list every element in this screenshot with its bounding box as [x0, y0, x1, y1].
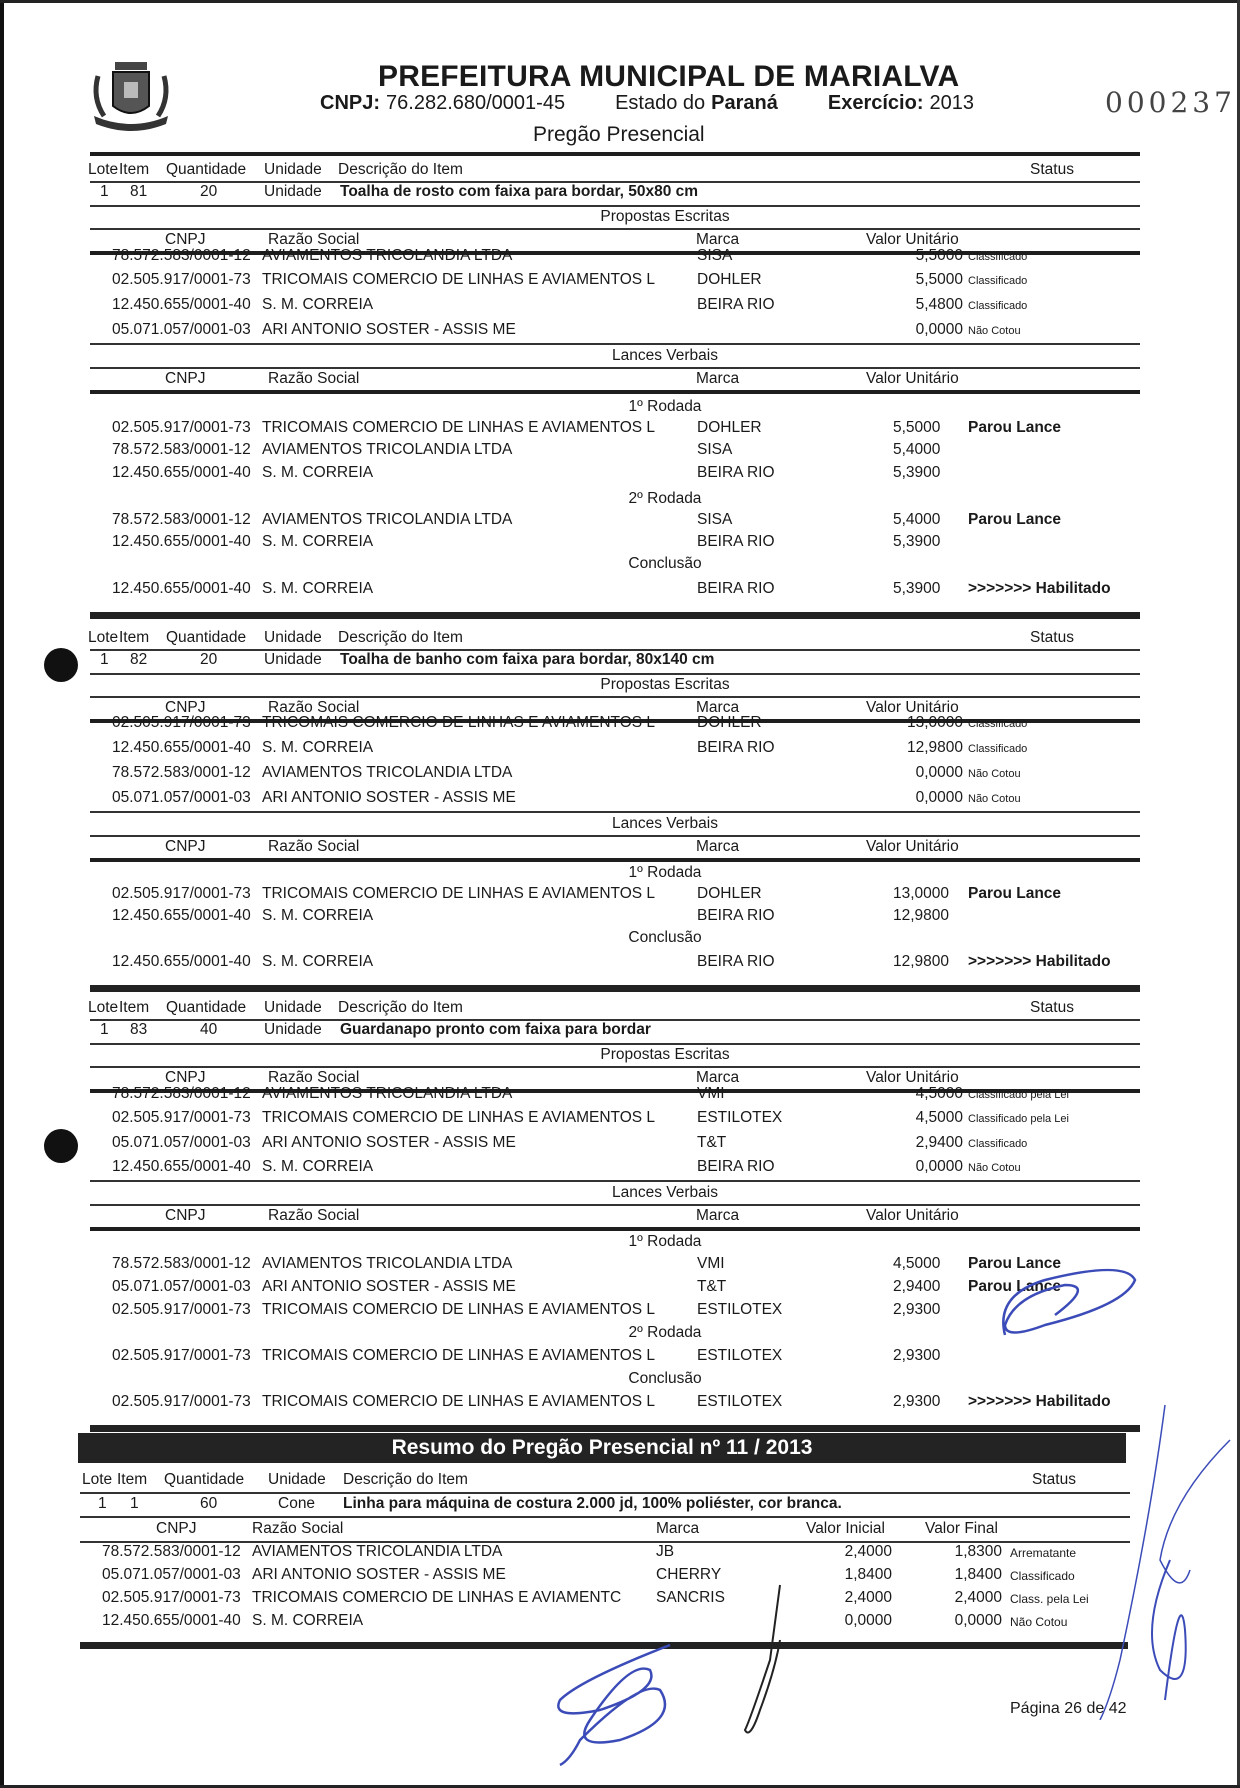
summary-column-header-row: CNPJRazão SocialMarcaValor InicialValor …: [0, 1520, 1240, 1540]
marca-value: DOHLER: [697, 714, 762, 732]
valor-value: 5,4000: [893, 511, 940, 529]
valor-value: 0,0000: [916, 789, 963, 807]
status-value: >>>>>>> Habilitado: [968, 953, 1111, 971]
summary-row: 12.450.655/0001-40S. M. CORREIA0,00000,0…: [0, 1612, 1240, 1632]
razao-social-value: S. M. CORREIA: [262, 739, 373, 757]
valor-value: 4,5000: [916, 1109, 963, 1127]
bid-row: 78.572.583/0001-12AVIAMENTOS TRICOLANDIA…: [0, 764, 1240, 784]
col-item: Item: [119, 999, 149, 1017]
cnpj-value: 78.572.583/0001-12: [112, 247, 251, 265]
rodada1-heading: 1º Rodada: [0, 864, 1240, 884]
rodada1-heading: 1º Rodada: [0, 1233, 1240, 1253]
col-marca: Marca: [696, 1207, 739, 1225]
valor-value: 2,9300: [893, 1393, 940, 1411]
divider: [90, 858, 1140, 862]
cnpj-value: 02.505.917/0001-73: [112, 1301, 251, 1319]
status-value: Não Cotou: [968, 793, 1021, 805]
col-lote: Lote: [82, 1471, 112, 1489]
razao-social-value: AVIAMENTOS TRICOLANDIA LTDA: [262, 1255, 512, 1273]
signature-scribble-icon: [540, 1640, 720, 1770]
protocol-stamp: 000237: [1105, 86, 1236, 119]
valor-final-value: 2,4000: [955, 1589, 1002, 1607]
status-value: Classificado: [968, 743, 1027, 755]
marca-value: CHERRY: [656, 1566, 721, 1584]
cnpj-value: 78.572.583/0001-12: [112, 441, 251, 459]
exercicio-label: Exercício:: [828, 92, 924, 114]
col-status: Status: [1030, 629, 1074, 647]
bid-row: 02.505.917/0001-73TRICOMAIS COMERCIO DE …: [0, 1393, 1240, 1413]
conclusao-heading: Conclusão: [0, 555, 1240, 575]
status-value: Arrematante: [1010, 1546, 1076, 1560]
valor-value: 0,0000: [916, 321, 963, 339]
valor-value: 0,0000: [916, 764, 963, 782]
marca-value: DOHLER: [697, 885, 762, 903]
divider: [90, 835, 1140, 837]
cnpj-value: 02.505.917/0001-73: [112, 714, 251, 732]
column-header-row: CNPJRazão SocialMarcaValor Unitário: [0, 1207, 1240, 1227]
divider: [90, 985, 1140, 992]
valor-inicial-value: 1,8400: [845, 1566, 892, 1584]
cnpj-value: 12.450.655/0001-40: [112, 533, 251, 551]
marca-value: BEIRA RIO: [697, 580, 775, 598]
status-value: Classificado: [968, 718, 1027, 730]
col-item: Item: [119, 161, 149, 179]
status-value: Não Cotou: [1010, 1615, 1067, 1629]
divider: [90, 205, 1140, 207]
item-value: 82: [130, 651, 147, 669]
cnpj-value: 05.071.057/0001-03: [112, 789, 251, 807]
cnpj-value: 78.572.583/0001-12: [102, 1543, 241, 1561]
valor-inicial-value: 2,4000: [845, 1589, 892, 1607]
col-razao-social: Razão Social: [268, 838, 359, 856]
descricao-value: Toalha de banho com faixa para bordar, 8…: [340, 651, 714, 669]
marca-value: ESTILOTEX: [697, 1347, 782, 1365]
item-row: 18220UnidadeToalha de banho com faixa pa…: [0, 651, 1240, 671]
cnpj-value: 02.505.917/0001-73: [112, 419, 251, 437]
bid-row: 02.505.917/0001-73TRICOMAIS COMERCIO DE …: [0, 885, 1240, 905]
cnpj-value: 76.282.680/0001-45: [386, 92, 565, 114]
valor-value: 4,5000: [893, 1255, 940, 1273]
status-value: Não Cotou: [968, 1162, 1021, 1174]
bid-row: 78.572.583/0001-12AVIAMENTOS TRICOLANDIA…: [0, 1085, 1240, 1105]
razao-social-value: S. M. CORREIA: [262, 464, 373, 482]
cnpj-value: 02.505.917/0001-73: [112, 1347, 251, 1365]
razao-social-value: S. M. CORREIA: [262, 907, 373, 925]
valor-value: 5,5000: [916, 271, 963, 289]
divider: [80, 1492, 1130, 1494]
col-cnpj: CNPJ: [165, 838, 205, 856]
valor-value: 12,9800: [907, 739, 963, 757]
valor-final-value: 1,8300: [955, 1543, 1002, 1561]
razao-social-value: TRICOMAIS COMERCIO DE LINHAS E AVIAMENTO…: [262, 714, 655, 732]
marca-value: BEIRA RIO: [697, 907, 775, 925]
unidade-value: Unidade: [264, 1021, 322, 1039]
divider: [90, 1425, 1140, 1432]
cnpj-value: 02.505.917/0001-73: [112, 1109, 251, 1127]
col-lote: Lote: [88, 161, 118, 179]
col-marca: Marca: [696, 838, 739, 856]
cnpj-value: 78.572.583/0001-12: [112, 764, 251, 782]
razao-social-value: ARI ANTONIO SOSTER - ASSIS ME: [262, 321, 516, 339]
razao-social-value: AVIAMENTOS TRICOLANDIA LTDA: [262, 511, 512, 529]
status-value: Classificado pela Lei: [968, 1089, 1069, 1101]
conclusao-heading-label: Conclusão: [0, 929, 1240, 947]
col-unidade: Unidade: [264, 629, 322, 647]
marca-value: T&T: [697, 1134, 726, 1152]
descricao-value: Toalha de rosto com faixa para bordar, 5…: [340, 183, 698, 201]
valor-inicial-value: 2,4000: [845, 1543, 892, 1561]
cnpj-value: 12.450.655/0001-40: [112, 739, 251, 757]
status-value: Não Cotou: [968, 768, 1021, 780]
marca-value: SANCRIS: [656, 1589, 725, 1607]
cnpj-value: 12.450.655/0001-40: [112, 464, 251, 482]
cnpj-value: 78.572.583/0001-12: [112, 1255, 251, 1273]
col-valor-unitario: Valor Unitário: [866, 838, 959, 856]
valor-value: 5,5000: [916, 247, 963, 265]
item-value: 83: [130, 1021, 147, 1039]
divider: [90, 367, 1140, 369]
column-header-row: CNPJRazão SocialMarcaValor Unitário: [0, 838, 1240, 858]
divider: [90, 612, 1140, 619]
col-marca: Marca: [656, 1520, 699, 1538]
bid-row: 02.505.917/0001-73TRICOMAIS COMERCIO DE …: [0, 271, 1240, 291]
column-header-row: CNPJRazão SocialMarcaValor Unitário: [0, 370, 1240, 390]
summary-row: 78.572.583/0001-12AVIAMENTOS TRICOLANDIA…: [0, 1543, 1240, 1563]
signature-stroke-icon: [740, 1580, 790, 1740]
razao-social-value: ARI ANTONIO SOSTER - ASSIS ME: [262, 789, 516, 807]
col-item: Item: [119, 629, 149, 647]
cnpj-value: 12.450.655/0001-40: [112, 907, 251, 925]
cnpj-value: 05.071.057/0001-03: [112, 1278, 251, 1296]
col-unidade: Unidade: [268, 1471, 326, 1489]
marca-value: SISA: [697, 247, 732, 265]
valor-value: 5,4000: [893, 441, 940, 459]
col-quantidade: Quantidade: [166, 999, 246, 1017]
unidade-value: Unidade: [264, 183, 322, 201]
lances-verbais-heading: Lances Verbais: [0, 815, 1240, 835]
marca-value: BEIRA RIO: [697, 953, 775, 971]
item-value: 81: [130, 183, 147, 201]
marca-value: VMI: [697, 1255, 725, 1273]
propostas-escritas-heading: Propostas Escritas: [0, 208, 1240, 228]
col-quantidade: Quantidade: [164, 1471, 244, 1489]
marca-value: DOHLER: [697, 271, 762, 289]
col-cnpj: CNPJ: [156, 1520, 196, 1538]
item-header-row: LoteItemQuantidadeUnidadeDescrição do It…: [0, 629, 1240, 649]
divider: [90, 1227, 1140, 1231]
divider: [90, 1204, 1140, 1206]
bid-row: 12.450.655/0001-40S. M. CORREIABEIRA RIO…: [0, 907, 1240, 927]
status-value: Parou Lance: [968, 885, 1061, 903]
lances-verbais-heading: Lances Verbais: [0, 347, 1240, 367]
valor-value: 13,0000: [893, 885, 949, 903]
razao-social-value: S. M. CORREIA: [262, 580, 373, 598]
bid-row: 78.572.583/0001-12AVIAMENTOS TRICOLANDIA…: [0, 441, 1240, 461]
valor-value: 13,0000: [907, 714, 963, 732]
cnpj-value: 02.505.917/0001-73: [112, 271, 251, 289]
bid-row: 12.450.655/0001-40S. M. CORREIABEIRA RIO…: [0, 953, 1240, 973]
header-info: CNPJ:76.282.680/0001-45Estado doParanáEx…: [320, 92, 980, 115]
bid-row: 12.450.655/0001-40S. M. CORREIABEIRA RIO…: [0, 739, 1240, 759]
marca-value: ESTILOTEX: [697, 1301, 782, 1319]
signature-margin-icon: [1070, 1400, 1240, 1720]
exercicio-value: 2013: [929, 92, 974, 114]
marca-value: ESTILOTEX: [697, 1109, 782, 1127]
estado-value: Paraná: [711, 92, 778, 114]
col-razao-social: Razão Social: [268, 1207, 359, 1225]
razao-social-value: S. M. CORREIA: [262, 296, 373, 314]
item-row: 18120UnidadeToalha de rosto com faixa pa…: [0, 183, 1240, 203]
col-cnpj: CNPJ: [165, 370, 205, 388]
cnpj-label: CNPJ:: [320, 92, 380, 114]
razao-social-value: S. M. CORREIA: [262, 533, 373, 551]
marca-value: VMI: [697, 1085, 725, 1103]
col-marca: Marca: [696, 370, 739, 388]
razao-social-value: AVIAMENTOS TRICOLANDIA LTDA: [262, 441, 512, 459]
bid-row: 78.572.583/0001-12AVIAMENTOS TRICOLANDIA…: [0, 247, 1240, 267]
quantidade-value: 20: [200, 651, 217, 669]
page-title: PREFEITURA MUNICIPAL DE MARIALVA: [378, 60, 959, 94]
col-valor-inicial: Valor Inicial: [806, 1520, 885, 1538]
valor-value: 2,9400: [916, 1134, 963, 1152]
cnpj-value: 12.450.655/0001-40: [112, 1158, 251, 1176]
marca-value: T&T: [697, 1278, 726, 1296]
marca-value: SISA: [697, 511, 732, 529]
descricao-value: Guardanapo pronto com faixa para bordar: [340, 1021, 651, 1039]
marca-value: JB: [656, 1543, 674, 1561]
lances-verbais-heading: Lances Verbais: [0, 1184, 1240, 1204]
summary-row: 05.071.057/0001-03ARI ANTONIO SOSTER - A…: [0, 1566, 1240, 1586]
valor-value: 2,9400: [893, 1278, 940, 1296]
col-cnpj: CNPJ: [165, 1207, 205, 1225]
unidade-value: Unidade: [264, 651, 322, 669]
estado-label: Estado do: [615, 92, 705, 114]
propostas-escritas-heading: Propostas Escritas: [0, 676, 1240, 696]
divider: [90, 343, 1140, 345]
valor-value: 2,9300: [893, 1347, 940, 1365]
bid-row: 12.450.655/0001-40S. M. CORREIABEIRA RIO…: [0, 580, 1240, 600]
valor-value: 5,3900: [893, 464, 940, 482]
valor-value: 5,3900: [893, 533, 940, 551]
razao-social-value: ARI ANTONIO SOSTER - ASSIS ME: [262, 1278, 516, 1296]
item-value: 1: [130, 1495, 139, 1513]
col-descricao: Descrição do Item: [338, 161, 463, 179]
quantidade-value: 60: [200, 1495, 217, 1513]
lances-verbais-heading-label: Lances Verbais: [0, 815, 1240, 833]
rodada2-heading-label: 2º Rodada: [0, 490, 1240, 508]
rodada2-heading: 2º Rodada: [0, 490, 1240, 510]
cnpj-value: 02.505.917/0001-73: [112, 885, 251, 903]
col-valor-unitario: Valor Unitário: [866, 1207, 959, 1225]
razao-social-value: AVIAMENTOS TRICOLANDIA LTDA: [262, 764, 512, 782]
marca-value: BEIRA RIO: [697, 533, 775, 551]
col-valor-unitario: Valor Unitário: [866, 370, 959, 388]
valor-value: 5,4800: [916, 296, 963, 314]
conclusao-heading: Conclusão: [0, 1370, 1240, 1390]
conclusao-heading: Conclusão: [0, 929, 1240, 949]
cnpj-value: 12.450.655/0001-40: [112, 953, 251, 971]
status-value: Classificado: [1010, 1569, 1075, 1583]
razao-social-value: TRICOMAIS COMERCIO DE LINHAS E AVIAMENTO…: [262, 1347, 655, 1365]
propostas-escritas-heading-label: Propostas Escritas: [0, 1046, 1240, 1064]
divider: [90, 228, 1140, 230]
conclusao-heading-label: Conclusão: [0, 1370, 1240, 1388]
document-subtitle: Pregão Presencial: [533, 123, 705, 147]
rodada1-heading-label: 1º Rodada: [0, 1233, 1240, 1251]
razao-social-value: ARI ANTONIO SOSTER - ASSIS ME: [262, 1134, 516, 1152]
cnpj-value: 02.505.917/0001-73: [102, 1589, 241, 1607]
status-value: Classificado: [968, 1138, 1027, 1150]
summary-header-row: LoteItemQuantidadeUnidadeDescrição do It…: [0, 1471, 1240, 1491]
valor-value: 0,0000: [916, 1158, 963, 1176]
bid-row: 05.071.057/0001-03ARI ANTONIO SOSTER - A…: [0, 1134, 1240, 1154]
lote-value: 1: [100, 1021, 109, 1039]
razao-social-value: TRICOMAIS COMERCIO DE LINHAS E AVIAMENTO…: [262, 271, 655, 289]
status-value: Parou Lance: [968, 511, 1061, 529]
razao-social-value: TRICOMAIS COMERCIO DE LINHAS E AVIAMENTO…: [262, 1109, 655, 1127]
status-value: Classificado: [968, 251, 1027, 263]
valor-final-value: 0,0000: [955, 1612, 1002, 1630]
razao-social-value: S. M. CORREIA: [262, 1158, 373, 1176]
divider: [90, 390, 1140, 394]
divider: [90, 673, 1140, 675]
valor-value: 2,9300: [893, 1301, 940, 1319]
status-value: Classificado pela Lei: [968, 1113, 1069, 1125]
cnpj-value: 78.572.583/0001-12: [112, 1085, 251, 1103]
cnpj-value: 12.450.655/0001-40: [112, 296, 251, 314]
divider: [90, 1066, 1140, 1068]
marca-value: BEIRA RIO: [697, 739, 775, 757]
valor-value: 5,3900: [893, 580, 940, 598]
col-descricao: Descrição do Item: [338, 999, 463, 1017]
propostas-escritas-heading-label: Propostas Escritas: [0, 208, 1240, 226]
col-lote: Lote: [88, 629, 118, 647]
razao-social-value: TRICOMAIS COMERCIO DE LINHAS E AVIAMENTO…: [262, 419, 655, 437]
lances-verbais-heading-label: Lances Verbais: [0, 347, 1240, 365]
col-quantidade: Quantidade: [166, 629, 246, 647]
col-descricao: Descrição do Item: [343, 1471, 468, 1489]
marca-value: BEIRA RIO: [697, 1158, 775, 1176]
summary-title: Resumo do Pregão Presencial nº 11 / 2013: [78, 1433, 1126, 1463]
scan-border: [0, 0, 1240, 3]
col-razao-social: Razão Social: [268, 370, 359, 388]
propostas-escritas-heading-label: Propostas Escritas: [0, 676, 1240, 694]
lote-value: 1: [98, 1495, 107, 1513]
quantidade-value: 40: [200, 1021, 217, 1039]
cnpj-value: 12.450.655/0001-40: [102, 1612, 241, 1630]
lote-value: 1: [100, 183, 109, 201]
marca-value: SISA: [697, 441, 732, 459]
item-row: 18340UnidadeGuardanapo pronto com faixa …: [0, 1021, 1240, 1041]
cnpj-value: 05.071.057/0001-03: [112, 1134, 251, 1152]
bid-row: 05.071.057/0001-03ARI ANTONIO SOSTER - A…: [0, 789, 1240, 809]
divider: [90, 811, 1140, 813]
bid-row: 12.450.655/0001-40S. M. CORREIABEIRA RIO…: [0, 464, 1240, 484]
status-value: Classificado: [968, 300, 1027, 312]
lote-value: 1: [100, 651, 109, 669]
col-razao-social: Razão Social: [252, 1520, 343, 1538]
valor-value: 12,9800: [893, 953, 949, 971]
col-lote: Lote: [88, 999, 118, 1017]
descricao-value: Linha para máquina de costura 2.000 jd, …: [343, 1495, 842, 1513]
signature-initials-icon: [985, 1255, 1145, 1365]
razao-social-value: AVIAMENTOS TRICOLANDIA LTDA: [262, 247, 512, 265]
item-header-row: LoteItemQuantidadeUnidadeDescrição do It…: [0, 161, 1240, 181]
col-quantidade: Quantidade: [166, 161, 246, 179]
status-value: Classificado: [968, 275, 1027, 287]
col-descricao: Descrição do Item: [338, 629, 463, 647]
col-unidade: Unidade: [264, 161, 322, 179]
col-item: Item: [117, 1471, 147, 1489]
quantidade-value: 20: [200, 183, 217, 201]
cnpj-value: 78.572.583/0001-12: [112, 511, 251, 529]
col-status: Status: [1030, 161, 1074, 179]
rodada1-heading-label: 1º Rodada: [0, 398, 1240, 416]
col-status: Status: [1030, 999, 1074, 1017]
valor-inicial-value: 0,0000: [845, 1612, 892, 1630]
divider: [90, 696, 1140, 698]
razao-social-value: TRICOMAIS COMERCIO DE LINHAS E AVIAMENTO…: [262, 1393, 655, 1411]
bid-row: 02.505.917/0001-73TRICOMAIS COMERCIO DE …: [0, 714, 1240, 734]
divider: [90, 1180, 1140, 1182]
divider: [90, 1043, 1140, 1045]
bid-row: 78.572.583/0001-12AVIAMENTOS TRICOLANDIA…: [0, 511, 1240, 531]
item-header-row: LoteItemQuantidadeUnidadeDescrição do It…: [0, 999, 1240, 1019]
bid-row: 12.450.655/0001-40S. M. CORREIABEIRA RIO…: [0, 533, 1240, 553]
cnpj-value: 02.505.917/0001-73: [112, 1393, 251, 1411]
razao-social-value: TRICOMAIS COMERCIO DE LINHAS E AVIAMENTO…: [262, 885, 655, 903]
rodada1-heading: 1º Rodada: [0, 398, 1240, 418]
cnpj-value: 05.071.057/0001-03: [112, 321, 251, 339]
summary-row: 02.505.917/0001-73TRICOMAIS COMERCIO DE …: [0, 1589, 1240, 1609]
razao-social-value: TRICOMAIS COMERCIO DE LINHAS E AVIAMENTO…: [262, 1301, 655, 1319]
cnpj-value: 05.071.057/0001-03: [102, 1566, 241, 1584]
valor-value: 4,5000: [916, 1085, 963, 1103]
col-valor-final: Valor Final: [925, 1520, 998, 1538]
status-value: Não Cotou: [968, 325, 1021, 337]
marca-value: BEIRA RIO: [697, 296, 775, 314]
valor-value: 5,5000: [893, 419, 940, 437]
valor-final-value: 1,8400: [955, 1566, 1002, 1584]
razao-social-value: ARI ANTONIO SOSTER - ASSIS ME: [252, 1566, 506, 1584]
bid-row: 12.450.655/0001-40S. M. CORREIABEIRA RIO…: [0, 1158, 1240, 1178]
razao-social-value: TRICOMAIS COMERCIO DE LINHAS E AVIAMENTC: [252, 1589, 621, 1607]
bid-row: 05.071.057/0001-03ARI ANTONIO SOSTER - A…: [0, 321, 1240, 341]
col-unidade: Unidade: [264, 999, 322, 1017]
razao-social-value: S. M. CORREIA: [262, 953, 373, 971]
status-value: Parou Lance: [968, 419, 1061, 437]
bid-row: 02.505.917/0001-73TRICOMAIS COMERCIO DE …: [0, 419, 1240, 439]
propostas-escritas-heading: Propostas Escritas: [0, 1046, 1240, 1066]
razao-social-value: AVIAMENTOS TRICOLANDIA LTDA: [252, 1543, 502, 1561]
lances-verbais-heading-label: Lances Verbais: [0, 1184, 1240, 1202]
status-value: >>>>>>> Habilitado: [968, 580, 1111, 598]
summary-item-row: 1160ConeLinha para máquina de costura 2.…: [0, 1495, 1240, 1515]
bid-row: 02.505.917/0001-73TRICOMAIS COMERCIO DE …: [0, 1109, 1240, 1129]
razao-social-value: AVIAMENTOS TRICOLANDIA LTDA: [262, 1085, 512, 1103]
marca-value: DOHLER: [697, 419, 762, 437]
unidade-value: Cone: [278, 1495, 315, 1513]
valor-value: 12,9800: [893, 907, 949, 925]
municipal-crest-icon: [88, 58, 174, 134]
razao-social-value: S. M. CORREIA: [252, 1612, 363, 1630]
bid-row: 12.450.655/0001-40S. M. CORREIABEIRA RIO…: [0, 296, 1240, 316]
marca-value: ESTILOTEX: [697, 1393, 782, 1411]
marca-value: BEIRA RIO: [697, 464, 775, 482]
divider: [80, 1516, 1130, 1518]
conclusao-heading-label: Conclusão: [0, 555, 1240, 573]
cnpj-value: 12.450.655/0001-40: [112, 580, 251, 598]
